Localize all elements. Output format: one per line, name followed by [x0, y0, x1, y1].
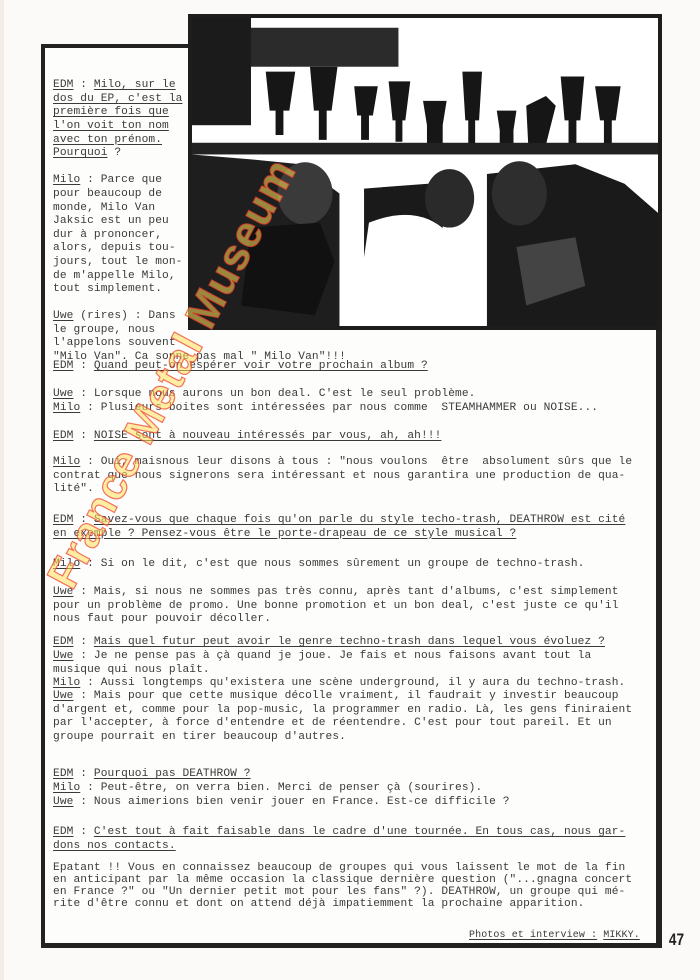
answer-text: Oui, maisnous leur disons à tous : "nous… — [101, 456, 632, 468]
text-line: musique qui nous plaît. — [53, 664, 591, 678]
speaker-label: Uwe — [53, 310, 73, 322]
answer-line: l'appelons souvent — [53, 337, 176, 349]
interview-answer: Milo : Si on le dit, c'est que nous somm… — [53, 558, 584, 572]
intro-column: EDM : Milo, sur le dos du EP, c'est la p… — [53, 52, 185, 378]
question-line: dos du EP, c'est la — [53, 93, 182, 105]
question-text: en exemple ? Pensez-vous être le porte-d… — [53, 528, 516, 540]
answer-line: le groupe, nous — [53, 324, 155, 336]
interview-answer: Uwe : Lorsque nous aurons un bon deal. C… — [53, 388, 475, 402]
band-photo-image — [192, 18, 658, 326]
answer-line: pour beaucoup de — [53, 188, 162, 200]
interview-answer: Milo : Peut-être, on verra bien. Merci d… — [53, 782, 482, 796]
answer-text: Mais pour que cette musique décolle vrai… — [94, 690, 619, 702]
speaker-label: EDM — [53, 79, 73, 91]
text-line: EDM : C'est tout à fait faisable dans le… — [53, 826, 625, 840]
answer-line: dur à prononcer, — [53, 229, 162, 241]
answer-text: Je ne pense pas à çà quand je joue. Je f… — [94, 650, 591, 662]
text-line: pour un problème de promo. Une bonne pro… — [53, 600, 619, 614]
answer-text: par l'accepter, à force d'entendre et de… — [53, 717, 612, 729]
text-line: dons nos contacts. — [53, 840, 625, 854]
speaker-label: Milo — [53, 677, 80, 689]
answer-text: Si on le dit, c'est que nous sommes sûre… — [101, 558, 585, 570]
band-photo — [188, 14, 662, 330]
speaker-label: EDM — [53, 826, 73, 838]
text-line: lité". — [53, 483, 632, 497]
outro-line: en France ?" ou "Un dernier petit mot po… — [53, 886, 632, 898]
speaker-label: EDM — [53, 360, 73, 372]
answer-line: : Parce que — [87, 174, 162, 186]
answer-text: Aussi longtemps qu'existera une scène un… — [101, 677, 626, 689]
interview-question: EDM : C'est tout à fait faisable dans le… — [53, 826, 625, 853]
text-line: par l'accepter, à force d'entendre et de… — [53, 717, 632, 731]
text-line: Milo : Peut-être, on verra bien. Merci d… — [53, 782, 482, 796]
outro-paragraph: Epatant !! Vous en connaissez beaucoup d… — [53, 862, 632, 910]
answer-text: d'argent et, comme pour la pop-music, la… — [53, 704, 632, 716]
speaker-label: Uwe — [53, 388, 73, 400]
text-line: Uwe : Mais pour que cette musique décoll… — [53, 690, 632, 704]
speaker-label: Milo — [53, 402, 80, 414]
interview-answer: Uwe : Je ne pense pas à çà quand je joue… — [53, 650, 591, 677]
answer-text: nous faut pour pouvoir décoller. — [53, 613, 271, 625]
credit-name: MIKKY. — [603, 930, 640, 941]
answer-line: jours, tout le mon- — [53, 256, 182, 268]
answer-line: Jaksic est un peu — [53, 215, 169, 227]
interview-answer: Milo : Oui, maisnous leur disons à tous … — [53, 456, 632, 497]
question-line: première fois que — [53, 106, 169, 118]
speaker-label: EDM — [53, 636, 73, 648]
interview-question: EDM : NOISE sont à nouveau intéressés pa… — [53, 430, 441, 444]
intro-question: EDM : Milo, sur le dos du EP, c'est la p… — [53, 79, 185, 364]
text-line: EDM : Pourquoi pas DEATHROW ? — [53, 768, 251, 782]
answer-line: tout simplement. — [53, 283, 162, 295]
answer-line: de m'appelle Milo, — [53, 270, 176, 282]
answer-text: Mais, si nous ne sommes pas très connu, … — [94, 586, 619, 598]
page-edge — [0, 0, 4, 980]
text-line: EDM : Quand peut-on espérer voir votre p… — [53, 360, 428, 374]
interview-question: EDM : Savez-vous que chaque fois qu'on p… — [53, 514, 625, 541]
text-line: Milo : Oui, maisnous leur disons à tous … — [53, 456, 632, 470]
interview-question: EDM : Pourquoi pas DEATHROW ? — [53, 768, 251, 782]
question-line: avec ton prénom. — [53, 134, 162, 146]
text-line: Uwe : Lorsque nous aurons un bon deal. C… — [53, 388, 475, 402]
speaker-label: Uwe — [53, 650, 73, 662]
answer-text: groupe pourrait en tirer beaucoup d'autr… — [53, 731, 346, 743]
interview-question: EDM : Mais quel futur peut avoir le genr… — [53, 636, 605, 650]
text-line: EDM : Mais quel futur peut avoir le genr… — [53, 636, 605, 650]
speaker-label: EDM — [53, 514, 73, 526]
speaker-label: Milo — [53, 456, 80, 468]
speaker-label: EDM — [53, 430, 73, 442]
question-line: l'on voit ton nom — [53, 120, 169, 132]
text-line: EDM : Savez-vous que chaque fois qu'on p… — [53, 514, 625, 528]
question-line: Milo, sur le — [94, 79, 176, 91]
speaker-label: Uwe — [53, 690, 73, 702]
question-text: Mais quel futur peut avoir le genre tech… — [94, 636, 605, 648]
answer-text: contrat que nous signerons sera intéress… — [53, 470, 625, 482]
answer-text: Nous aimerions bien venir jouer en Franc… — [94, 796, 510, 808]
answer-line: alors, depuis tou- — [53, 242, 176, 254]
speaker-label: Milo — [53, 174, 80, 186]
text-line: contrat que nous signerons sera intéress… — [53, 470, 632, 484]
question-line: Pourquoi — [53, 147, 108, 159]
speaker-label: EDM — [53, 768, 73, 780]
text-line: Milo : Aussi longtemps qu'existera une s… — [53, 677, 625, 691]
outro-line: rite d'être connu et dont on attend déjà… — [53, 898, 632, 910]
interview-question: EDM : Quand peut-on espérer voir votre p… — [53, 360, 428, 374]
answer-text: Plusieurs boites sont intéressées par no… — [101, 402, 598, 414]
speaker-label: Milo — [53, 558, 80, 570]
credit-line: Photos et interview : MIKKY. — [469, 929, 640, 943]
question-text: Quand peut-on espérer voir votre prochai… — [94, 360, 428, 372]
text-line: EDM : NOISE sont à nouveau intéressés pa… — [53, 430, 441, 444]
question-text: Savez-vous que chaque fois qu'on parle d… — [94, 514, 625, 526]
answer-line: (rires) : Dans — [80, 310, 175, 322]
answer-text: Peut-être, on verra bien. Merci de pense… — [101, 782, 483, 794]
credit-label: Photos et interview : — [469, 930, 597, 941]
page-number: 47 — [669, 930, 684, 950]
speaker-label: Uwe — [53, 586, 73, 598]
answer-text: musique qui nous plaît. — [53, 664, 210, 676]
question-text: C'est tout à fait faisable dans le cadre… — [94, 826, 625, 838]
answer-line: monde, Milo Van — [53, 202, 155, 214]
text-line: groupe pourrait en tirer beaucoup d'autr… — [53, 731, 632, 745]
answer-text: Lorsque nous aurons un bon deal. C'est l… — [94, 388, 476, 400]
interview-answer: Milo : Aussi longtemps qu'existera une s… — [53, 677, 625, 691]
answer-text: pour un problème de promo. Une bonne pro… — [53, 600, 619, 612]
text-line: nous faut pour pouvoir décoller. — [53, 613, 619, 627]
outro-line: en anticipant par la même occasion la cl… — [53, 874, 632, 886]
speaker-label: Milo — [53, 782, 80, 794]
answer-text: lité". — [53, 483, 94, 495]
question-text: dons nos contacts. — [53, 840, 176, 852]
text-line: Uwe : Nous aimerions bien venir jouer en… — [53, 796, 510, 810]
text-line: Uwe : Mais, si nous ne sommes pas très c… — [53, 586, 619, 600]
question-text: NOISE sont à nouveau intéressés par vous… — [94, 430, 442, 442]
question-text: Pourquoi pas DEATHROW ? — [94, 768, 251, 780]
interview-answer: Uwe : Mais, si nous ne sommes pas très c… — [53, 586, 619, 627]
interview-answer: Milo : Plusieurs boites sont intéressées… — [53, 402, 598, 416]
text-line: d'argent et, comme pour la pop-music, la… — [53, 704, 632, 718]
text-line: en exemple ? Pensez-vous être le porte-d… — [53, 528, 625, 542]
interview-answer: Uwe : Mais pour que cette musique décoll… — [53, 690, 632, 744]
text-line: Milo : Si on le dit, c'est que nous somm… — [53, 558, 584, 572]
text-line: Milo : Plusieurs boites sont intéressées… — [53, 402, 598, 416]
outro-line: Epatant !! Vous en connaissez beaucoup d… — [53, 862, 632, 874]
text-line: Uwe : Je ne pense pas à çà quand je joue… — [53, 650, 591, 664]
interview-answer: Uwe : Nous aimerions bien venir jouer en… — [53, 796, 510, 810]
speaker-label: Uwe — [53, 796, 73, 808]
